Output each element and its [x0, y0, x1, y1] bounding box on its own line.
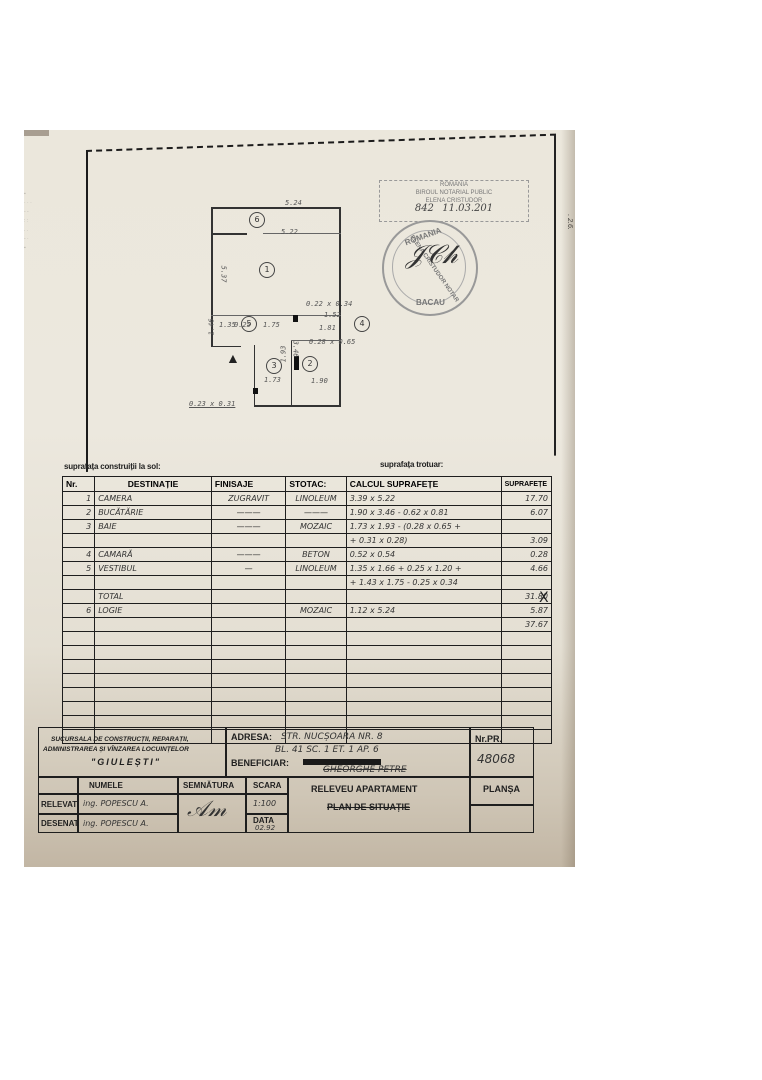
dim-label: 5.22 — [281, 228, 298, 236]
table-row: 5VESTIBUL—LINOLEUM1.35 x 1.66 + 0.25 x 1… — [63, 562, 552, 576]
names-header-cell: NUMELE — [78, 777, 178, 794]
cell-finisaje — [211, 632, 285, 646]
company-name: "GIULEȘTI" — [91, 757, 161, 767]
surveyed-label-cell: RELEVAT — [38, 794, 78, 814]
cell-calcul — [346, 590, 501, 604]
cell-destinatie: LOGIE — [95, 604, 212, 618]
drawn-name-cell: ing. POPESCU A. — [78, 814, 178, 833]
cell-destinatie: CAMARĂ — [95, 548, 212, 562]
table-header: Nr. DESTINAȚIE FINISAJE STOTAC: CALCUL S… — [63, 477, 552, 492]
cell-nr: 6 — [63, 604, 95, 618]
table-row — [63, 632, 552, 646]
cell-destinatie: TOTAL — [95, 590, 212, 604]
cell-calcul — [346, 674, 501, 688]
cell-destinatie — [95, 660, 212, 674]
cell-destinatie — [95, 688, 212, 702]
date-value: 02.92 — [255, 824, 275, 832]
cell-suprafete — [501, 660, 551, 674]
cell-suprafete: 0.28 — [501, 548, 551, 562]
signature-cell: 𝒜𝓂 — [178, 794, 246, 833]
cell-calcul: 3.39 x 5.22 — [346, 492, 501, 506]
dim-label: 1.90 — [311, 377, 328, 385]
table-row: + 1.43 x 1.75 - 0.25 x 0.34 — [63, 576, 552, 590]
cell-finisaje — [211, 576, 285, 590]
floor-plan: 6 1 5 4 3 2 5.24 5.22 5.37 1.46 1.35 0.2… — [189, 190, 419, 420]
cell-destinatie — [95, 534, 212, 548]
beneficiary-label: BENEFICIAR: — [231, 758, 289, 768]
document-photo: ▪· · ·- -: :. .- ·▪ 6 1 5 4 3 2 5.24 5.2… — [24, 130, 575, 867]
project-number-value: 48068 — [477, 752, 515, 766]
room-marker-4: 4 — [354, 316, 370, 332]
cell-finisaje — [211, 688, 285, 702]
cell-stotac: MOZAIC — [286, 520, 346, 534]
cell-stotac: MOZAIC — [286, 604, 346, 618]
cell-stotac: BETON — [286, 548, 346, 562]
col-suprafete: SUPRAFEȚE — [501, 477, 551, 492]
drawing-title: RELEVEU APARTAMENT — [311, 784, 417, 794]
dim-label: 1.73 — [264, 376, 281, 384]
cell-nr: 3 — [63, 520, 95, 534]
stamp-line: ROMANIA — [380, 181, 528, 189]
cell-nr — [63, 674, 95, 688]
surveyed-name: ing. POPESCU A. — [83, 799, 149, 808]
dim-label: 1.75 — [263, 321, 280, 329]
cell-suprafete — [501, 702, 551, 716]
engineer-signature: 𝒜𝓂 — [187, 797, 227, 822]
cell-finisaje — [211, 674, 285, 688]
cell-suprafete — [501, 576, 551, 590]
dim-label: 3.46 — [291, 341, 299, 358]
dim-label: 1.46 — [207, 319, 215, 336]
cell-suprafete: 3.09 — [501, 534, 551, 548]
address-line1: STR. NUCȘOARA NR. 8 — [281, 732, 383, 742]
cell-stotac: LINOLEUM — [286, 492, 346, 506]
col-finisaje: FINISAJE — [211, 477, 285, 492]
cell-finisaje: ——— — [211, 520, 285, 534]
dim-label: 5.37 — [219, 266, 227, 283]
cell-finisaje — [211, 604, 285, 618]
cell-nr: 2 — [63, 506, 95, 520]
project-number-cell: Nr.PR. 48068 — [470, 727, 534, 777]
cell-stotac — [286, 618, 346, 632]
stamp-date: 11.03.201 — [442, 203, 493, 214]
cell-destinatie: CAMERA — [95, 492, 212, 506]
cell-destinatie: VESTIBUL — [95, 562, 212, 576]
cell-finisaje: ——— — [211, 548, 285, 562]
notary-signature: 𝒥𝒞𝒽 — [406, 240, 458, 271]
cell-finisaje — [211, 618, 285, 632]
cell-nr: 4 — [63, 548, 95, 562]
cell-destinatie: BUCĂTĂRIE — [95, 506, 212, 520]
cell-calcul: 1.90 x 3.46 - 0.62 x 0.81 — [346, 506, 501, 520]
date-cell: DATA 02.92 — [246, 814, 288, 833]
signature-header: SEMNĂTURA — [183, 781, 234, 790]
room-marker-2: 2 — [302, 356, 318, 372]
room-marker-6: 6 — [249, 212, 265, 228]
cell-calcul — [346, 660, 501, 674]
cell-finisaje — [211, 590, 285, 604]
surveyed-name-cell: ing. POPESCU A. — [78, 794, 178, 814]
col-stotac: STOTAC: — [286, 477, 346, 492]
cell-finisaje — [211, 660, 285, 674]
cell-destinatie — [95, 576, 212, 590]
surface-sidewalk-label: suprafața trotuar: — [380, 460, 443, 469]
table-row: + 0.31 x 0.28)3.09 — [63, 534, 552, 548]
cell-suprafete — [501, 632, 551, 646]
scale-header: SCARA — [253, 781, 281, 790]
scale-value: 1:100 — [253, 799, 276, 808]
cell-stotac — [286, 702, 346, 716]
company-line1: SUCURSALA DE CONSTRUCȚII, REPARAȚII, — [51, 736, 189, 743]
cell-stotac: ——— — [286, 506, 346, 520]
annotation-label: 0.22 x 0.34 — [306, 300, 352, 308]
cell-calcul — [346, 646, 501, 660]
cell-calcul: 1.35 x 1.66 + 0.25 x 1.20 + — [346, 562, 501, 576]
sheet-label: PLANȘA — [483, 784, 520, 794]
scale-header-cell: SCARA — [246, 777, 288, 794]
cell-finisaje: ——— — [211, 506, 285, 520]
table-row: 4CAMARĂ———BETON0.52 x 0.540.28 — [63, 548, 552, 562]
table-row — [63, 674, 552, 688]
side-x-mark: X — [539, 590, 549, 606]
address-cell: ADRESA: STR. NUCȘOARA NR. 8 BL. 41 SC. 1… — [226, 727, 470, 777]
cell-suprafete — [501, 520, 551, 534]
cell-suprafete — [501, 646, 551, 660]
seal-text-bottom: BACAU — [416, 298, 445, 307]
cell-suprafete — [501, 674, 551, 688]
cell-calcul: + 1.43 x 1.75 - 0.25 x 0.34 — [346, 576, 501, 590]
table-row: 6LOGIEMOZAIC1.12 x 5.245.87 — [63, 604, 552, 618]
cell-finisaje — [211, 702, 285, 716]
surface-ground-label: suprafața construiții la sol: — [64, 462, 160, 471]
table-row — [63, 702, 552, 716]
cell-destinatie: BAIE — [95, 520, 212, 534]
drawn-label: DESENAT — [41, 819, 79, 828]
col-calcul: CALCUL SUPRAFEȚE — [346, 477, 501, 492]
dim-label: 0.25 — [234, 321, 251, 329]
annotation-label: 0.23 x 0.31 — [189, 400, 235, 408]
cell-calcul — [346, 632, 501, 646]
cell-nr — [63, 618, 95, 632]
cell-suprafete: 17.70 — [501, 492, 551, 506]
cell-stotac — [286, 590, 346, 604]
cell-nr — [63, 590, 95, 604]
dim-label: 1.81 — [319, 324, 336, 332]
cell-calcul: + 0.31 x 0.28) — [346, 534, 501, 548]
dim-label: 1.52 — [324, 311, 341, 319]
cell-stotac: LINOLEUM — [286, 562, 346, 576]
cell-calcul — [346, 688, 501, 702]
surveyed-label: RELEVAT — [41, 800, 77, 809]
table-row: 37.67 — [63, 618, 552, 632]
table-row: 3BAIE———MOZAIC1.73 x 1.93 - (0.28 x 0.65… — [63, 520, 552, 534]
cell-suprafete — [501, 688, 551, 702]
room-marker-1: 1 — [259, 262, 275, 278]
empty-corner-cell — [38, 777, 78, 794]
table-row — [63, 646, 552, 660]
scale-value-cell: 1:100 — [246, 794, 288, 814]
table-row: 1CAMERAZUGRAVITLINOLEUM3.39 x 5.2217.70 — [63, 492, 552, 506]
col-destinatie: DESTINAȚIE — [95, 477, 212, 492]
drawing-subtitle: PLAN DE SITUAȚIE — [327, 802, 410, 812]
cell-destinatie — [95, 646, 212, 660]
col-nr: Nr. — [63, 477, 95, 492]
cell-stotac — [286, 674, 346, 688]
cell-stotac — [286, 646, 346, 660]
signature-header-cell: SEMNĂTURA — [178, 777, 246, 794]
company-cell: SUCURSALA DE CONSTRUCȚII, REPARAȚII, ADM… — [38, 727, 226, 777]
notary-stamp-box: ROMANIA BIROUL NOTARIAL PUBLIC ELENA CRI… — [379, 180, 529, 222]
cell-calcul: 1.73 x 1.93 - (0.28 x 0.65 + — [346, 520, 501, 534]
cell-stotac — [286, 576, 346, 590]
table-row — [63, 660, 552, 674]
beneficiary-value: GHEORGHE PETRE — [323, 765, 407, 775]
surface-table: Nr. DESTINAȚIE FINISAJE STOTAC: CALCUL S… — [62, 476, 552, 744]
margin-note: 228.2 . 2.6. — [566, 214, 575, 232]
cell-stotac — [286, 688, 346, 702]
cell-suprafete: 4.66 — [501, 562, 551, 576]
photo-edge-shadow — [24, 130, 49, 136]
cell-calcul: 1.12 x 5.24 — [346, 604, 501, 618]
table-row: TOTAL31.80 — [63, 590, 552, 604]
cell-destinatie — [95, 632, 212, 646]
drawn-name: ing. POPESCU A. — [83, 819, 149, 828]
cell-suprafete: 6.07 — [501, 506, 551, 520]
cell-finisaje — [211, 534, 285, 548]
north-arrow-icon: ▲ — [226, 350, 240, 366]
cell-nr — [63, 632, 95, 646]
cell-nr — [63, 646, 95, 660]
names-header: NUMELE — [89, 781, 123, 790]
cell-calcul — [346, 702, 501, 716]
address-line2: BL. 41 SC. 1 ET. 1 AP. 6 — [275, 745, 379, 755]
cell-finisaje — [211, 646, 285, 660]
cell-suprafete: 37.67 — [501, 618, 551, 632]
cell-finisaje: ZUGRAVIT — [211, 492, 285, 506]
bleed-through-text: ▪· · ·- -: :. .- ·▪ — [24, 190, 38, 310]
drawing-title-cell: RELEVEU APARTAMENT PLAN DE SITUAȚIE — [288, 777, 470, 833]
table-row — [63, 688, 552, 702]
cell-finisaje: — — [211, 562, 285, 576]
cell-stotac — [286, 660, 346, 674]
sheet-value-cell — [470, 805, 534, 833]
cell-nr — [63, 688, 95, 702]
dim-label: 1.93 — [279, 346, 287, 363]
company-line2: ADMINISTRAREA ȘI VÎNZAREA LOCUINȚELOR — [43, 746, 189, 753]
cell-nr — [63, 576, 95, 590]
cell-nr: 1 — [63, 492, 95, 506]
cell-calcul — [346, 618, 501, 632]
notary-seal: ROMANIA ELENA CRISTUDOR NOTAR BACAU 𝒥𝒞𝒽 — [382, 220, 478, 316]
cell-destinatie — [95, 674, 212, 688]
cell-nr: 5 — [63, 562, 95, 576]
cell-nr — [63, 660, 95, 674]
dim-label: 5.24 — [285, 199, 302, 207]
address-label: ADRESA: — [231, 732, 272, 742]
stamp-line: BIROUL NOTARIAL PUBLIC — [380, 189, 528, 197]
stamp-number: 842 — [415, 203, 434, 214]
cell-stotac — [286, 632, 346, 646]
cell-destinatie — [95, 618, 212, 632]
table-row: 2BUCĂTĂRIE——————1.90 x 3.46 - 0.62 x 0.8… — [63, 506, 552, 520]
drawn-label-cell: DESENAT — [38, 814, 78, 833]
project-number-label: Nr.PR. — [475, 734, 502, 744]
cell-calcul: 0.52 x 0.54 — [346, 548, 501, 562]
sheet-cell: PLANȘA — [470, 777, 534, 805]
cell-destinatie — [95, 702, 212, 716]
cell-stotac — [286, 534, 346, 548]
cell-nr — [63, 702, 95, 716]
cell-nr — [63, 534, 95, 548]
annotation-label: 0.28 x 0.65 — [309, 338, 355, 346]
